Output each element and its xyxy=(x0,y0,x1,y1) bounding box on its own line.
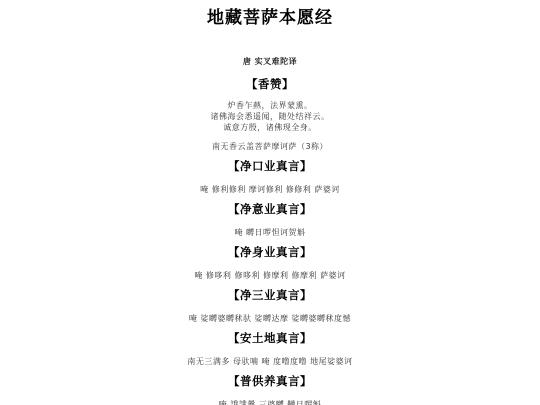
section-heading-pacify-earth-mantra: 【安土地真言】 xyxy=(0,332,540,344)
section-heading-incense-praise: 【香赞】 xyxy=(0,78,540,90)
page-title: 地藏菩萨本愿经 xyxy=(0,8,540,28)
mantra-line: 唵 娑嚩婆嚩秫驮 娑嚩达摩 娑嚩婆嚩秫度憾 xyxy=(0,314,540,323)
mantra-line: 唵 修哆利 修哆利 修摩利 修摩利 萨婆诃 xyxy=(0,271,540,280)
section-heading-purify-body-mantra: 【净身业真言】 xyxy=(0,246,540,258)
sutra-page: 地藏菩萨本愿经 唐 实叉难陀译 【香赞】 炉香乍爇，法界蒙熏。 诸佛海会悉遥闻，… xyxy=(0,8,540,405)
mantra-line: 唵 誐誐曩 三婆嚩 韈日啰斛 xyxy=(0,400,540,405)
verse-line: 诸佛海会悉遥闻，随处结祥云。 xyxy=(0,111,540,122)
section-heading-universal-offering-mantra: 【普供养真言】 xyxy=(0,375,540,387)
mantra-line: 南无三满多 母驮喃 唵 度噜度噜 地尾娑婆诃 xyxy=(0,357,540,366)
section-heading-purify-three-karmas-mantra: 【净三业真言】 xyxy=(0,289,540,301)
mantra-line: 唵 嚩日啰怛诃贺斛 xyxy=(0,228,540,237)
verse-line: 诚意方殷，诸佛现全身。 xyxy=(0,122,540,133)
verse-line: 炉香乍爇，法界蒙熏。 xyxy=(0,100,540,111)
mantra-line: 唵 修利修利 摩诃修利 修修利 萨婆诃 xyxy=(0,185,540,194)
translator-line: 唐 实叉难陀译 xyxy=(0,57,540,66)
section-heading-purify-mind-mantra: 【净意业真言】 xyxy=(0,203,540,215)
refrain-line: 南无香云盖菩萨摩诃萨（3称） xyxy=(0,142,540,151)
section-heading-purify-speech-mantra: 【净口业真言】 xyxy=(0,160,540,172)
